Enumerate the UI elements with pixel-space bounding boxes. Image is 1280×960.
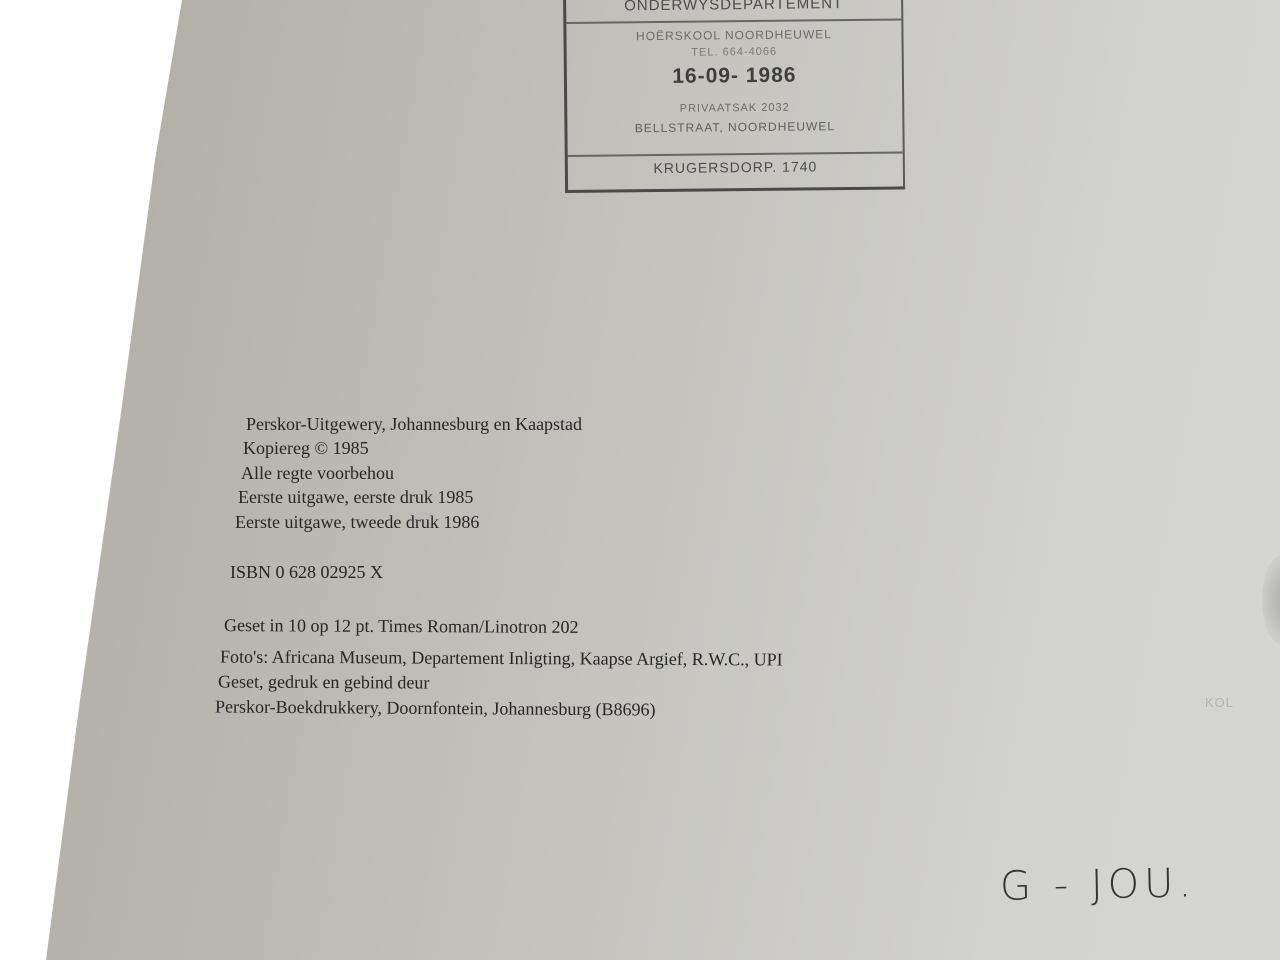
bleed-through-mark: KOL — [1205, 695, 1234, 710]
stamp-school: HOËRSKOOL NOORDHEUWEL — [566, 26, 901, 44]
imprint-photos: Foto's: Africana Museum, Departement Inl… — [220, 647, 783, 671]
stamp-postal: PRIVAATSAK 2032 — [567, 100, 902, 116]
stamp-divider — [566, 18, 901, 24]
imprint-printer: Perskor-Boekdrukkery, Doornfontein, Joha… — [215, 696, 656, 720]
imprint-first-print: Eerste uitgawe, eerste druk 1985 — [238, 487, 473, 508]
stamp-department: ONDERWYSDEPARTEMENT — [566, 0, 901, 15]
imprint-rights: Alle regte voorbehou — [241, 463, 394, 484]
stamp-city: KRUGERSDORP. 1740 — [568, 157, 903, 177]
stamp-divider — [568, 151, 903, 157]
stamp-street: BELLSTRAAT, NOORDHEUWEL — [567, 118, 902, 136]
imprint-second-print: Eerste uitgawe, tweede druk 1986 — [235, 512, 479, 533]
stamp-telephone: TEL. 664-4066 — [567, 44, 942, 60]
imprint-isbn: ISBN 0 628 02925 X — [230, 562, 383, 583]
imprint-typeset: Geset in 10 op 12 pt. Times Roman/Linotr… — [224, 615, 579, 638]
handwritten-note: G - JOU. — [1000, 860, 1197, 909]
imprint-copyright: Kopiereg © 1985 — [243, 438, 369, 459]
imprint-printed-by-label: Geset, gedruk en gebind deur — [218, 671, 430, 693]
stamp-date: 16-09- 1986 — [567, 62, 902, 90]
photo-scene: KOL ONDERWYSDEPARTEMENT HOËRSKOOL NOORDH… — [0, 0, 1280, 960]
school-stamp: ONDERWYSDEPARTEMENT HOËRSKOOL NOORDHEUWE… — [563, 0, 905, 193]
imprint-publisher: Perskor-Uitgewery, Johannesburg en Kaaps… — [246, 414, 582, 435]
